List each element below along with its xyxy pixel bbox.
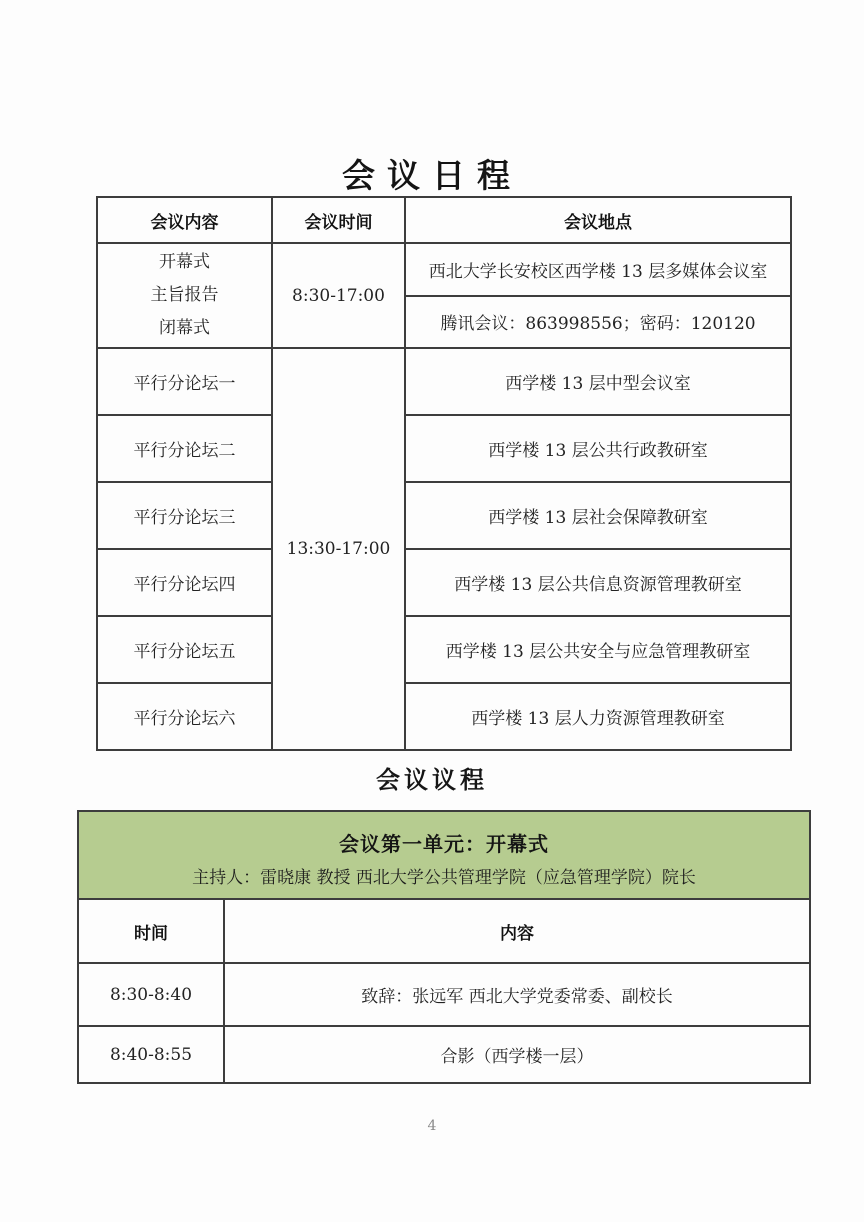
plenary-content-cell: 开幕式 主旨报告 闭幕式 xyxy=(97,243,272,348)
agenda-time-cell: 8:40-8:55 xyxy=(78,1026,224,1083)
forum-location-cell: 西学楼 13 层人力资源管理教研室 xyxy=(405,683,791,750)
forum-row-6: 平行分论坛六 西学楼 13 层人力资源管理教研室 xyxy=(97,683,791,750)
agenda-content-cell: 合影（西学楼一层） xyxy=(224,1026,810,1083)
plenary-line-keynote: 主旨报告 xyxy=(104,279,265,312)
forum-location-cell: 西学楼 13 层公共行政教研室 xyxy=(405,415,791,482)
agenda-content-cell: 致辞：张远军 西北大学党委常委、副校长 xyxy=(224,963,810,1026)
plenary-time-cell: 8:30-17:00 xyxy=(272,243,405,348)
plenary-line-opening: 开幕式 xyxy=(104,246,265,279)
plenary-location-room-cell: 西北大学长安校区西学楼 13 层多媒体会议室 xyxy=(405,243,791,296)
agenda-time-cell: 8:30-8:40 xyxy=(78,963,224,1026)
forum-row-2: 平行分论坛二 西学楼 13 层公共行政教研室 xyxy=(97,415,791,482)
agenda-banner-row: 会议第一单元：开幕式 主持人：雷晓康 教授 西北大学公共管理学院（应急管理学院）… xyxy=(78,811,810,899)
header-meeting-time: 会议时间 xyxy=(272,197,405,243)
forum-row-1: 平行分论坛一 13:30-17:00 西学楼 13 层中型会议室 xyxy=(97,348,791,415)
page-number: 4 xyxy=(0,1118,864,1134)
agenda-header-content: 内容 xyxy=(224,899,810,963)
forum-location-cell: 西学楼 13 层中型会议室 xyxy=(405,348,791,415)
schedule-header-row: 会议内容 会议时间 会议地点 xyxy=(97,197,791,243)
agenda-header-row: 时间 内容 xyxy=(78,899,810,963)
plenary-row-1: 开幕式 主旨报告 闭幕式 8:30-17:00 西北大学长安校区西学楼 13 层… xyxy=(97,243,791,296)
forum-content-cell: 平行分论坛五 xyxy=(97,616,272,683)
forum-content-cell: 平行分论坛一 xyxy=(97,348,272,415)
forum-location-cell: 西学楼 13 层社会保障教研室 xyxy=(405,482,791,549)
document-page: 会议日程 会议内容 会议时间 会议地点 开幕式 主旨报告 闭幕式 8:30-17… xyxy=(0,0,864,1222)
agenda-banner-cell: 会议第一单元：开幕式 主持人：雷晓康 教授 西北大学公共管理学院（应急管理学院）… xyxy=(78,811,810,899)
forum-content-cell: 平行分论坛二 xyxy=(97,415,272,482)
schedule-table: 会议内容 会议时间 会议地点 开幕式 主旨报告 闭幕式 8:30-17:00 西… xyxy=(96,196,792,751)
forum-location-cell: 西学楼 13 层公共安全与应急管理教研室 xyxy=(405,616,791,683)
agenda-title: 会议议程 xyxy=(0,760,864,795)
plenary-location-online-cell: 腾讯会议：863998556；密码：120120 xyxy=(405,296,791,349)
forum-row-4: 平行分论坛四 西学楼 13 层公共信息资源管理教研室 xyxy=(97,549,791,616)
agenda-unit-title: 会议第一单元：开幕式 xyxy=(89,828,799,857)
forum-location-cell: 西学楼 13 层公共信息资源管理教研室 xyxy=(405,549,791,616)
schedule-title: 会议日程 xyxy=(0,150,864,197)
forum-content-cell: 平行分论坛六 xyxy=(97,683,272,750)
agenda-moderator: 主持人：雷晓康 教授 西北大学公共管理学院（应急管理学院）院长 xyxy=(89,863,799,888)
forum-row-5: 平行分论坛五 西学楼 13 层公共安全与应急管理教研室 xyxy=(97,616,791,683)
agenda-row-2: 8:40-8:55 合影（西学楼一层） xyxy=(78,1026,810,1083)
header-meeting-location: 会议地点 xyxy=(405,197,791,243)
forum-content-cell: 平行分论坛四 xyxy=(97,549,272,616)
forum-row-3: 平行分论坛三 西学楼 13 层社会保障教研室 xyxy=(97,482,791,549)
forum-content-cell: 平行分论坛三 xyxy=(97,482,272,549)
forum-time-cell: 13:30-17:00 xyxy=(272,348,405,750)
agenda-table: 会议第一单元：开幕式 主持人：雷晓康 教授 西北大学公共管理学院（应急管理学院）… xyxy=(77,810,811,1084)
header-meeting-content: 会议内容 xyxy=(97,197,272,243)
plenary-line-closing: 闭幕式 xyxy=(104,312,265,345)
agenda-header-time: 时间 xyxy=(78,899,224,963)
agenda-row-1: 8:30-8:40 致辞：张远军 西北大学党委常委、副校长 xyxy=(78,963,810,1026)
